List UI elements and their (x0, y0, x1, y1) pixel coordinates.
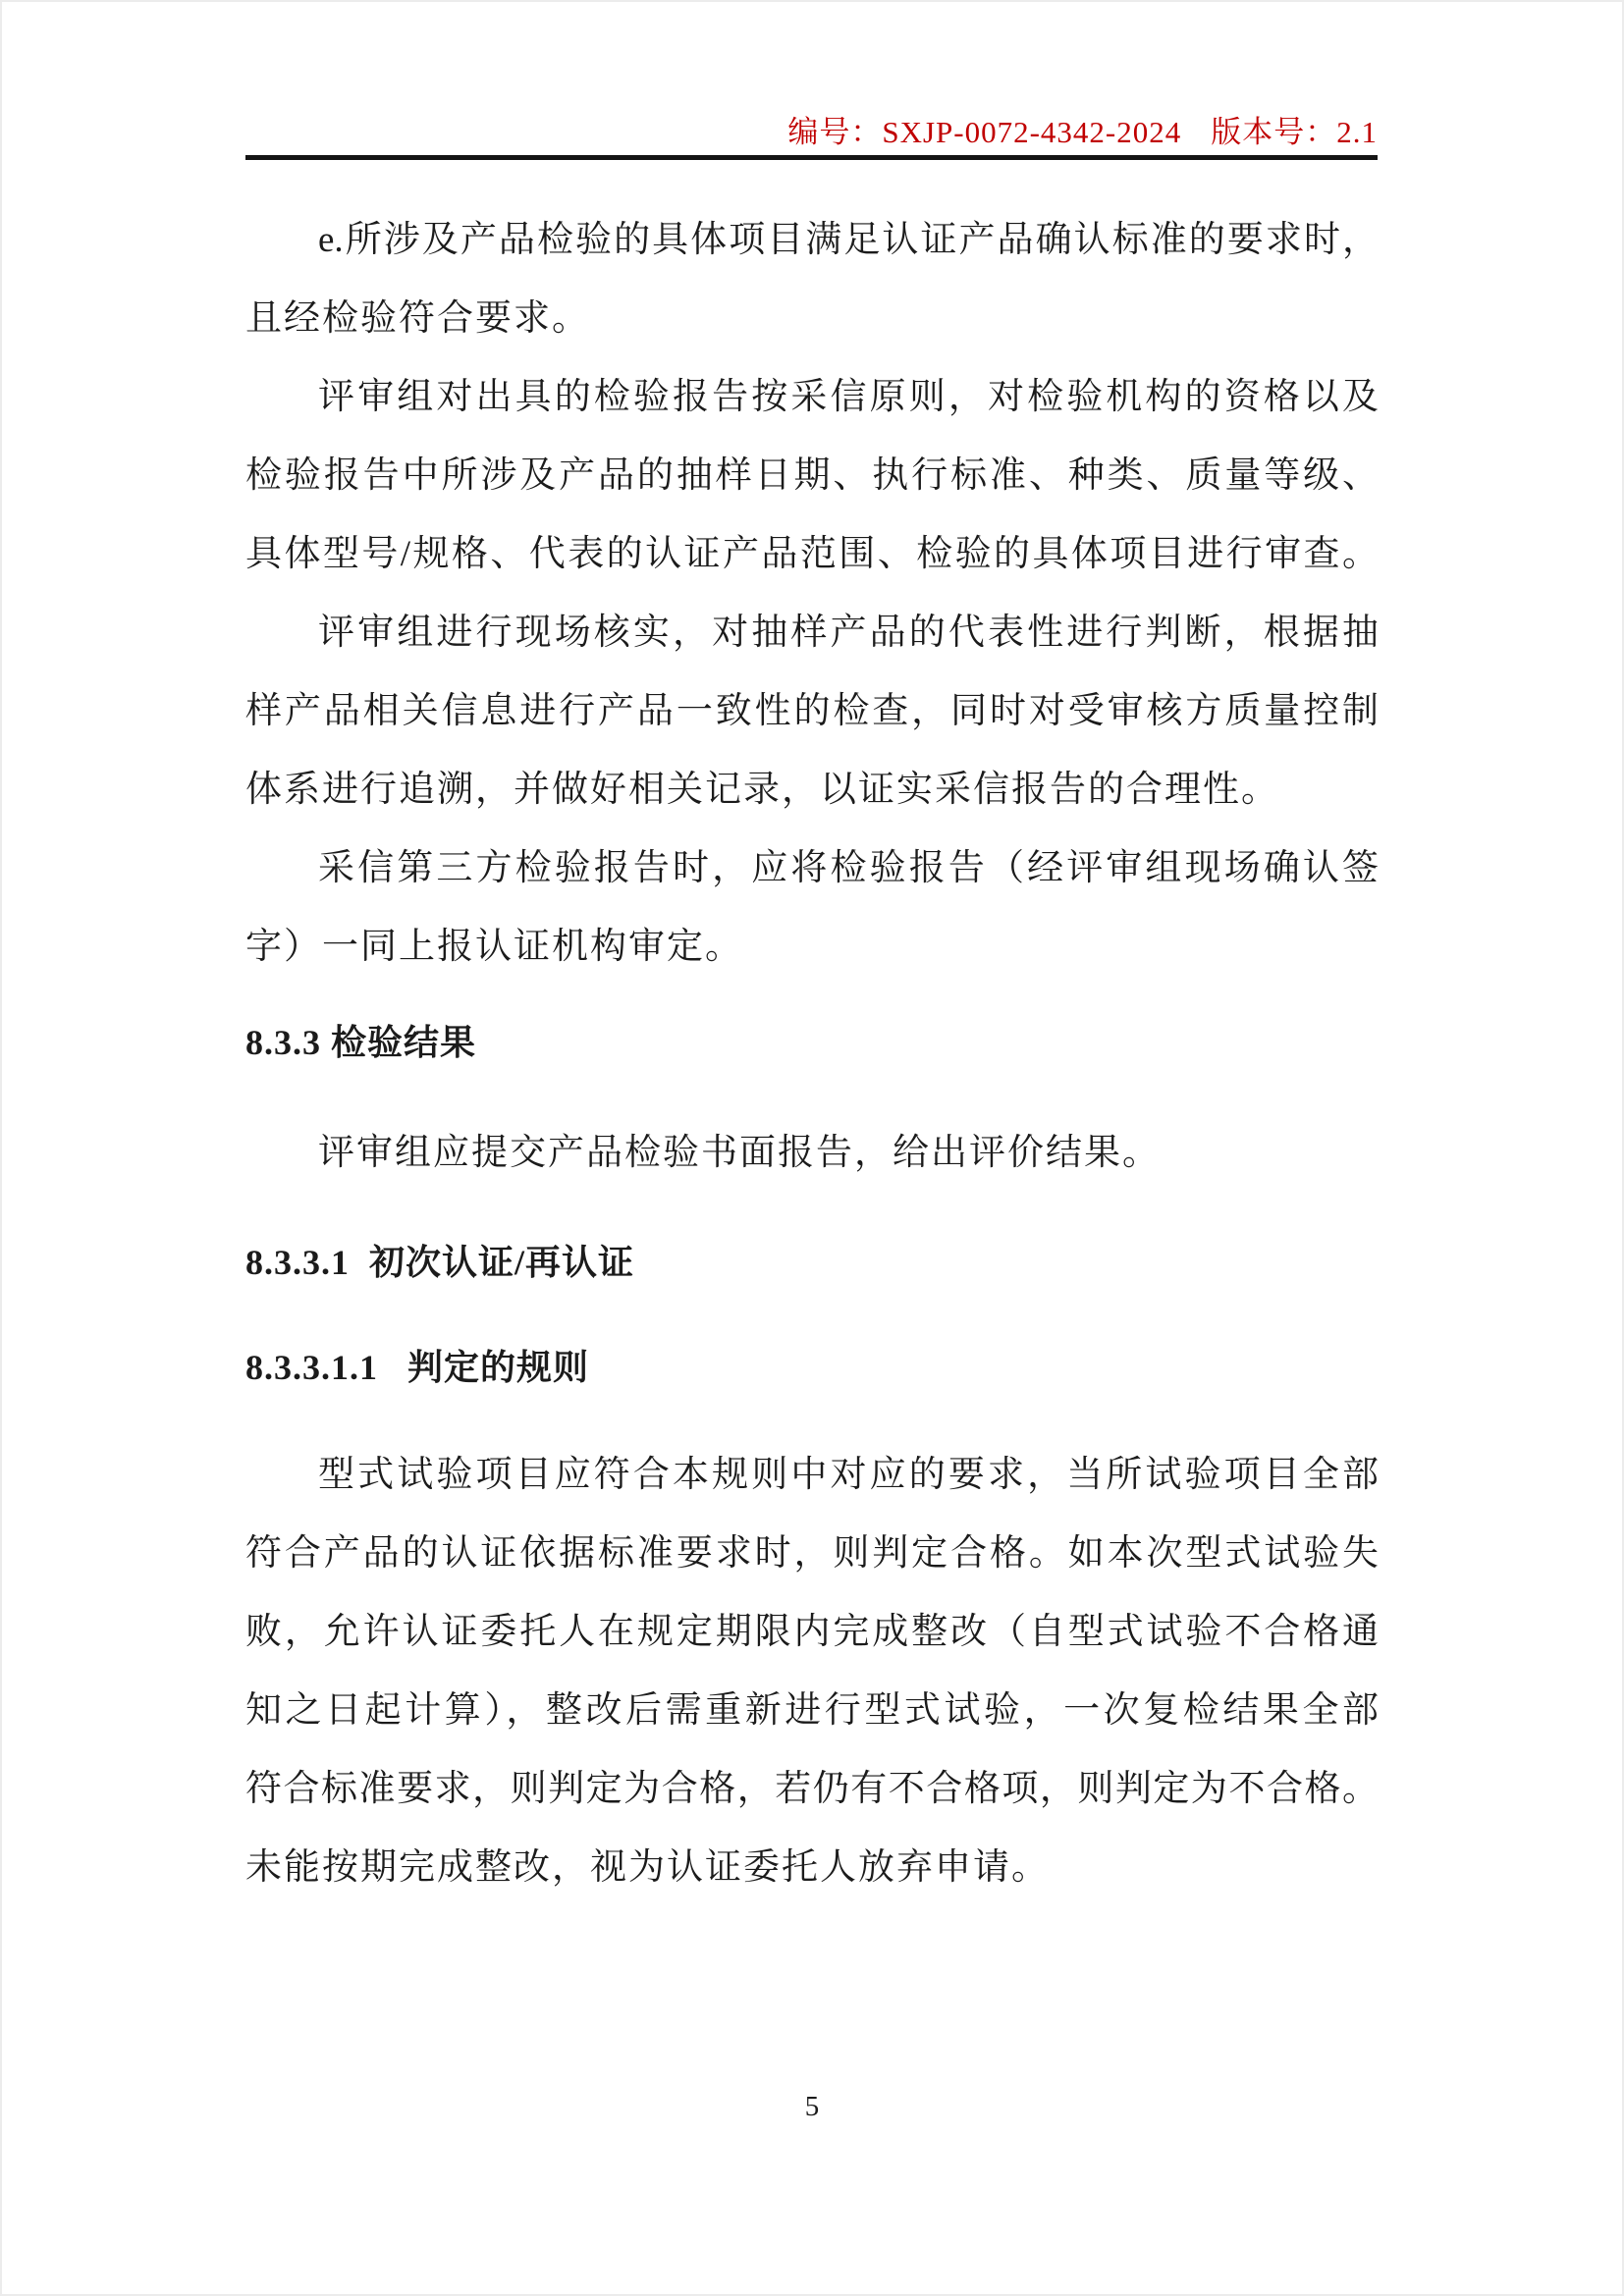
paragraph-line: 检验报告中所涉及产品的抽样日期、执行标准、种类、质量等级、 (245, 437, 1379, 515)
section-heading-8-3-3-1-1: 8.3.3.1.1 判定的规则 (245, 1328, 1379, 1407)
section-heading-8-3-3-1: 8.3.3.1 初次认证/再认证 (245, 1223, 1379, 1302)
paragraph-line: 字）一同上报认证机构审定。 (245, 908, 1379, 987)
paragraph-line: 未能按期完成整改，视为认证委托人放弃申请。 (245, 1829, 1379, 1907)
paragraph-line: 样产品相关信息进行产品一致性的检查，同时对受审核方质量控制 (245, 672, 1379, 751)
paragraph-line: 评审组应提交产品检验书面报告，给出评价结果。 (245, 1114, 1379, 1193)
paragraph-line: 型式试验项目应符合本规则中对应的要求，当所试验项目全部 (245, 1436, 1379, 1515)
paragraph-line: 采信第三方检验报告时，应将检验报告（经评审组现场确认签 (245, 829, 1379, 908)
document-body: e.所涉及产品检验的具体项目满足认证产品确认标准的要求时， 且经检验符合要求。 … (245, 201, 1379, 1907)
paragraph-line: e.所涉及产品检验的具体项目满足认证产品确认标准的要求时， (245, 201, 1379, 280)
paragraph-line: 评审组对出具的检验报告按采信原则，对检验机构的资格以及 (245, 358, 1379, 437)
document-header: 编号：SXJP-0072-4342-2024 版本号：2.1 (245, 106, 1378, 151)
paragraph-line: 具体型号/规格、代表的认证产品范围、检验的具体项目进行审查。 (245, 515, 1379, 594)
document-page: 编号：SXJP-0072-4342-2024 版本号：2.1 e.所涉及产品检验… (0, 0, 1624, 2296)
paragraph-line: 符合产品的认证依据标准要求时，则判定合格。如本次型式试验失 (245, 1515, 1379, 1593)
paragraph-line: 知之日起计算），整改后需重新进行型式试验，一次复检结果全部 (245, 1672, 1379, 1750)
paragraph-line: 且经检验符合要求。 (245, 280, 1379, 358)
version-number: 版本号：2.1 (1211, 107, 1378, 151)
paragraph-line: 败，允许认证委托人在规定期限内完成整改（自型式试验不合格通 (245, 1593, 1379, 1672)
section-heading-8-3-3: 8.3.3 检验结果 (245, 1003, 1379, 1082)
paragraph-line: 符合标准要求，则判定为合格，若仍有不合格项，则判定为不合格。 (245, 1750, 1379, 1829)
paragraph-line: 体系进行追溯，并做好相关记录，以证实采信报告的合理性。 (245, 751, 1379, 829)
header-rule (245, 155, 1378, 160)
page-number: 5 (0, 2085, 1624, 2128)
paragraph-line: 评审组进行现场核实，对抽样产品的代表性进行判断，根据抽 (245, 594, 1379, 672)
doc-number: 编号：SXJP-0072-4342-2024 (787, 107, 1181, 151)
